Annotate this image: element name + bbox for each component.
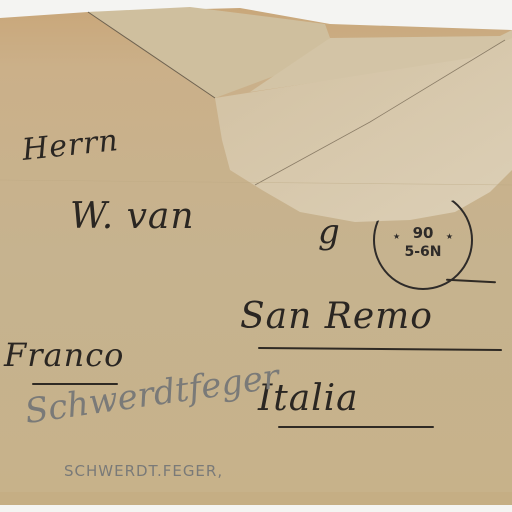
recipient-name-text: W. van — [70, 196, 195, 237]
postmark-time: 5-6N — [375, 244, 471, 260]
envelope-photo: Herrn W. van g San Remo Franco Italia Sc… — [0, 0, 512, 512]
franking-text: Franco — [4, 336, 124, 374]
country-underline — [278, 426, 434, 428]
postmark-year: 90 — [375, 224, 471, 242]
city-text: San Remo — [240, 296, 433, 337]
recipient-name-tail-text: g — [318, 212, 341, 252]
pencil-print-note: SCHWERDT.FEGER, — [64, 462, 223, 480]
